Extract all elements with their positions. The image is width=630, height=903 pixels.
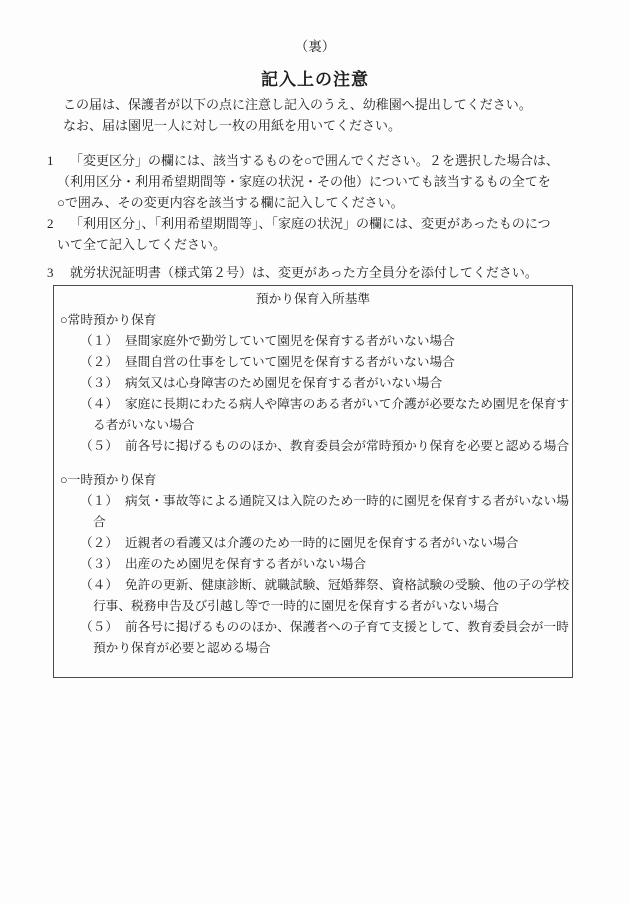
notes-list: 1「変更区分」の欄には、該当するものを○で囲んでください。２を選択した場合は、 … (47, 150, 630, 283)
note-number: 3 (47, 262, 70, 283)
note-line: 就労状況証明書（様式第２号）は、変更があった方全員分を添付してください。 (70, 265, 538, 280)
item-label: （１） (80, 331, 125, 352)
note-number: 2 (47, 213, 70, 234)
criteria-item: （３）出産のため園児を保育する者がいない場合 (60, 554, 566, 575)
intro-line: この届は、保護者が以下の点に注意し記入のうえ、幼稚園へ提出してください。 (63, 94, 630, 115)
criteria-item: （１）病気・事故等による通院又は入院のため一時的に園児を保育する者がいない場 合 (60, 491, 566, 533)
item-line: 免許の更新、健康診断、就職試験、冠婚葬祭、資格試験の受験、他の子の学校 (125, 578, 569, 592)
note-item-1: 1「変更区分」の欄には、該当するものを○で囲んでください。２を選択した場合は、 … (47, 150, 630, 213)
note-line: いて全て記入してください。 (47, 234, 630, 255)
item-label: （２） (80, 533, 125, 554)
item-label: （４） (80, 394, 125, 415)
item-line: 行事、税務申告及び引越し等で一時的に園児を保育する者がいない場合 (60, 596, 566, 617)
criteria-box-title: 預かり保育入所基準 (60, 289, 566, 310)
note-line: ○で囲み、その変更内容を該当する欄に記入してください。 (47, 192, 630, 213)
item-label: （１） (80, 491, 125, 512)
criteria-item: （２）昼間自営の仕事をしていて園児を保育する者がいない場合 (60, 352, 566, 373)
criteria-item: （２）近親者の看護又は介護のため一時的に園児を保育する者がいない場合 (60, 533, 566, 554)
intro-paragraph: この届は、保護者が以下の点に注意し記入のうえ、幼稚園へ提出してください。 なお、… (63, 94, 630, 136)
item-line: 昼間自営の仕事をしていて園児を保育する者がいない場合 (125, 355, 455, 369)
page-title: 記入上の注意 (0, 68, 630, 92)
criteria-item: （４）家庭に長期にわたる病人や障害のある者がいて介護が必要なため園児を保育す る… (60, 394, 566, 436)
item-line: 家庭に長期にわたる病人や障害のある者がいて介護が必要なため園児を保育す (125, 397, 569, 411)
note-item-2: 2「利用区分」、「利用希望期間等」、「家庭の状況」の欄には、変更があったものにつ… (47, 213, 630, 255)
note-number: 1 (47, 150, 70, 171)
criteria-item: （５）前各号に掲げるもののほか、教育委員会が常時預かり保育を必要と認める場合 (60, 436, 566, 457)
page-side-label: （裏） (0, 36, 630, 57)
item-line: 預かり保育が必要と認める場合 (60, 638, 566, 659)
item-line: 出産のため園児を保育する者がいない場合 (125, 557, 366, 571)
item-label: （５） (80, 436, 125, 457)
item-line: る者がいない場合 (60, 415, 566, 436)
item-line: 昼間家庭外で勤労していて園児を保育する者がいない場合 (125, 334, 455, 348)
intro-line: なお、届は園児一人に対し一枚の用紙を用いてください。 (63, 115, 630, 136)
criteria-group-temporary: ○一時預かり保育 （１）病気・事故等による通院又は入院のため一時的に園児を保育す… (60, 470, 566, 659)
item-label: （４） (80, 575, 125, 596)
criteria-item: （５）前各号に掲げるもののほか、保護者への子育て支援として、教育委員会が一時 預… (60, 617, 566, 659)
group-heading: ○常時預かり保育 (60, 310, 566, 331)
item-label: （３） (80, 554, 125, 575)
criteria-item: （３）病気又は心身障害のため園児を保育する者がいない場合 (60, 373, 566, 394)
item-line: 近親者の看護又は介護のため一時的に園児を保育する者がいない場合 (125, 536, 518, 550)
criteria-box: 預かり保育入所基準 ○常時預かり保育 （１）昼間家庭外で勤労していて園児を保育す… (53, 285, 573, 678)
item-line: 前各号に掲げるもののほか、保護者への子育て支援として、教育委員会が一時 (125, 620, 569, 634)
note-line: 「利用区分」、「利用希望期間等」、「家庭の状況」の欄には、変更があったものにつ (70, 216, 551, 231)
note-line: 「変更区分」の欄には、該当するものを○で囲んでください。２を選択した場合は、 (70, 153, 559, 168)
item-line: 病気・事故等による通院又は入院のため一時的に園児を保育する者がいない場 (125, 494, 569, 508)
item-label: （２） (80, 352, 125, 373)
item-label: （３） (80, 373, 125, 394)
group-heading: ○一時預かり保育 (60, 470, 566, 491)
document-page: （裏） 記入上の注意 この届は、保護者が以下の点に注意し記入のうえ、幼稚園へ提出… (0, 0, 630, 903)
criteria-item: （４）免許の更新、健康診断、就職試験、冠婚葬祭、資格試験の受験、他の子の学校 行… (60, 575, 566, 617)
criteria-item: （１）昼間家庭外で勤労していて園児を保育する者がいない場合 (60, 331, 566, 352)
item-line: 病気又は心身障害のため園児を保育する者がいない場合 (125, 376, 442, 390)
criteria-group-regular: ○常時預かり保育 （１）昼間家庭外で勤労していて園児を保育する者がいない場合 （… (60, 310, 566, 457)
note-item-3: 3就労状況証明書（様式第２号）は、変更があった方全員分を添付してください。 (47, 262, 630, 283)
note-line: （利用区分・利用希望期間等・家庭の状況・その他）についても該当するもの全てを (47, 171, 630, 192)
item-label: （５） (80, 617, 125, 638)
item-line: 合 (60, 512, 566, 533)
item-line: 前各号に掲げるもののほか、教育委員会が常時預かり保育を必要と認める場合 (125, 439, 569, 453)
